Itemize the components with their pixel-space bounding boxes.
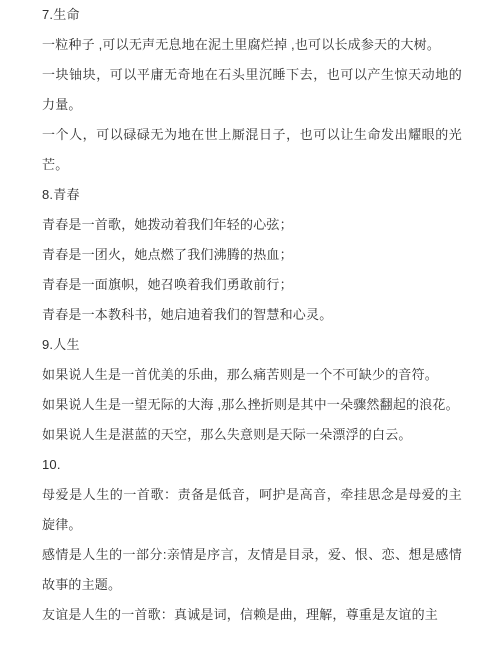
section: 9.人生如果说人生是一首优美的乐曲，那么痛苦则是一个不可缺少的音符。如果说人生是… bbox=[42, 330, 462, 450]
paragraph: 一块铀块，可以平庸无奇地在石头里沉睡下去，也可以产生惊天动地的力量。 bbox=[42, 60, 462, 120]
paragraph: 友谊是人生的一首歌：真诚是词，信赖是曲，理解，尊重是友谊的主 bbox=[42, 600, 462, 630]
paragraph: 母爱是人生的一首歌：责备是低音，呵护是高音，牵挂思念是母爱的主旋律。 bbox=[42, 480, 462, 540]
section-heading: 7.生命 bbox=[42, 0, 462, 30]
section-heading: 8.青春 bbox=[42, 180, 462, 210]
section-heading: 9.人生 bbox=[42, 330, 462, 360]
paragraph: 感情是人生的一部分:亲情是序言，友情是目录，爱、恨、恋、想是感情故事的主题。 bbox=[42, 540, 462, 600]
section: 8.青春青春是一首歌，她拨动着我们年轻的心弦；青春是一团火，她点燃了我们沸腾的热… bbox=[42, 180, 462, 330]
section: 10.母爱是人生的一首歌：责备是低音，呵护是高音，牵挂思念是母爱的主旋律。感情是… bbox=[42, 450, 462, 630]
paragraph: 青春是一本教科书，她启迪着我们的智慧和心灵。 bbox=[42, 300, 462, 330]
paragraph: 一个人，可以碌碌无为地在世上厮混日子，也可以让生命发出耀眼的光芒。 bbox=[42, 120, 462, 180]
paragraph: 如果说人生是一首优美的乐曲，那么痛苦则是一个不可缺少的音符。 bbox=[42, 360, 462, 390]
paragraph: 一粒种子 ,可以无声无息地在泥土里腐烂掉 ,也可以长成参天的大树。 bbox=[42, 30, 462, 60]
paragraph: 青春是一面旗帜，她召唤着我们勇敢前行； bbox=[42, 270, 462, 300]
paragraph: 如果说人生是一望无际的大海 ,那么挫折则是其中一朵骤然翻起的浪花。 bbox=[42, 390, 462, 420]
paragraph: 青春是一首歌，她拨动着我们年轻的心弦； bbox=[42, 210, 462, 240]
document-page: 7.生命一粒种子 ,可以无声无息地在泥土里腐烂掉 ,也可以长成参天的大树。一块铀… bbox=[0, 0, 500, 663]
paragraph: 如果说人生是湛蓝的天空，那么失意则是天际一朵漂浮的白云。 bbox=[42, 420, 462, 450]
section-heading: 10. bbox=[42, 450, 462, 480]
paragraph: 青春是一团火，她点燃了我们沸腾的热血； bbox=[42, 240, 462, 270]
section: 7.生命一粒种子 ,可以无声无息地在泥土里腐烂掉 ,也可以长成参天的大树。一块铀… bbox=[42, 0, 462, 180]
